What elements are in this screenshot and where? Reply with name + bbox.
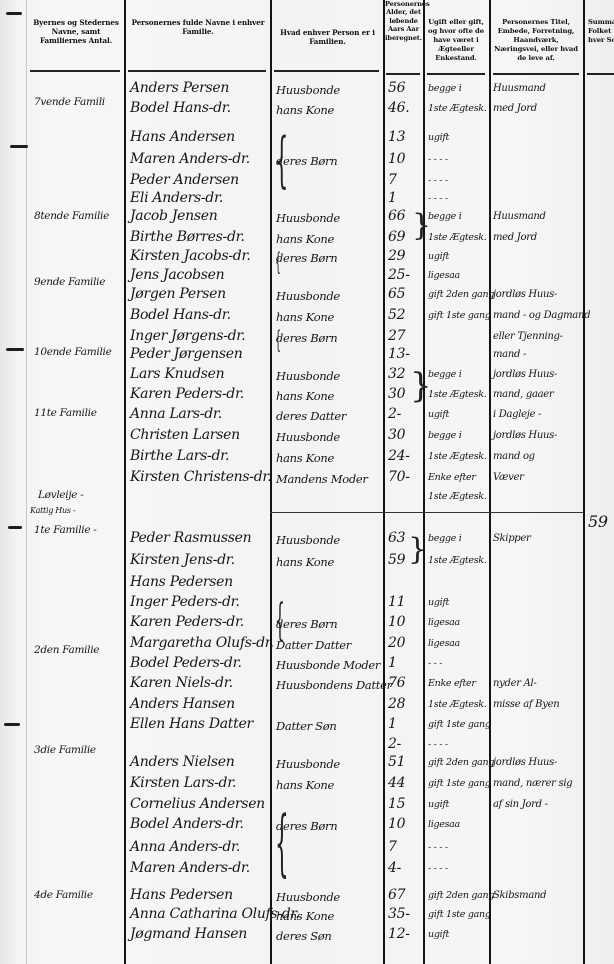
brace: {: [275, 248, 281, 276]
occupation-cell: nyder Al-: [493, 678, 536, 689]
occupation-cell: mand, gaaer: [493, 389, 553, 400]
name-cell: Anders Nielsen: [130, 754, 234, 770]
name-cell: Kirsten Jacobs-dr.: [130, 248, 250, 264]
name-cell: Inger Peders-dr.: [130, 594, 240, 610]
age-cell: 66: [388, 208, 405, 224]
status-cell: ugift: [428, 251, 449, 262]
relation-cell: hans Kone: [276, 778, 334, 792]
relation-cell: hans Kone: [276, 451, 334, 465]
status-cell: begge i: [428, 533, 461, 544]
status-cell: - - - -: [428, 739, 448, 750]
name-cell: Karen Niels-dr.: [130, 675, 233, 691]
name-cell: Birthe Børres-dr.: [130, 229, 245, 245]
relation-cell: deres Børn: [276, 331, 337, 345]
status-cell: 1ste Ægtesk.: [428, 389, 486, 400]
age-cell: 4-: [388, 860, 401, 876]
occupation-cell: med Jord: [493, 103, 537, 114]
age-cell: 30: [388, 427, 405, 443]
column-rule: [583, 0, 585, 964]
header-underline: [128, 70, 266, 72]
name-cell: Hans Andersen: [130, 129, 235, 145]
name-cell: Anna Lars-dr.: [130, 406, 222, 422]
name-cell: Anders Persen: [130, 80, 229, 96]
brace: {: [275, 595, 285, 646]
age-cell: 1: [388, 655, 397, 671]
brace: {: [275, 800, 289, 884]
age-cell: 13: [388, 129, 405, 145]
relation-cell: Huusbonde: [276, 289, 340, 303]
age-cell: 25-: [388, 267, 410, 283]
family-label: Løvleije -: [38, 489, 84, 501]
relation-cell: hans Kone: [276, 909, 334, 923]
relation-cell: hans Kone: [276, 389, 334, 403]
family-label: 3die Familie: [34, 744, 96, 756]
family-label: Kattig Hus -: [30, 506, 75, 515]
name-cell: Bodel Peders-dr.: [130, 655, 242, 671]
occupation-cell: Væver: [493, 472, 524, 483]
status-cell: gift 2den gang: [428, 289, 494, 300]
age-cell: 35-: [388, 906, 410, 922]
relation-cell: Huusbonde: [276, 430, 340, 444]
status-cell: 1ste Ægtesk.: [428, 699, 486, 710]
age-cell: 7: [388, 172, 397, 188]
header-place: Byernes og Stedernes Navne, samt Familie…: [30, 18, 122, 45]
age-cell: 59: [388, 552, 405, 568]
family-label: 11te Familie: [34, 407, 97, 419]
name-cell: Anna Catharina Olufs-dr.: [130, 906, 299, 922]
occupation-cell: mand, nærer sig: [493, 778, 572, 789]
status-cell: gift 1ste gang: [428, 778, 491, 789]
name-cell: Karen Peders-dr.: [130, 386, 244, 402]
age-cell: 69: [388, 229, 405, 245]
status-cell: begge i: [428, 369, 461, 380]
status-cell: gift 1ste gang: [428, 909, 491, 920]
header-underline: [427, 73, 485, 75]
name-cell: Eli Anders-dr.: [130, 190, 223, 206]
age-cell: 44: [388, 775, 405, 791]
status-cell: - - - -: [428, 175, 448, 186]
name-cell: Karen Peders-dr.: [130, 614, 244, 630]
age-cell: 1: [388, 190, 397, 206]
name-cell: Bodel Hans-dr.: [130, 307, 231, 323]
status-cell: - - -: [428, 658, 442, 669]
name-cell: Cornelius Andersen: [130, 796, 265, 812]
name-cell: Margaretha Olufs-dr.: [130, 635, 274, 651]
header-underline: [274, 70, 379, 72]
family-label: 4de Familie: [34, 889, 93, 901]
status-cell: ligesaa: [428, 270, 460, 281]
census-page: Byernes og Stedernes Navne, samt Familie…: [0, 0, 614, 964]
name-cell: Kirsten Lars-dr.: [130, 775, 236, 791]
relation-cell: hans Kone: [276, 310, 334, 324]
status-cell: ugift: [428, 799, 449, 810]
header-underline: [386, 73, 420, 75]
age-cell: 15: [388, 796, 405, 812]
age-cell: 46.: [388, 100, 409, 116]
occupation-cell: i Dagleje -: [493, 409, 541, 420]
name-cell: Kirsten Jens-dr.: [130, 552, 235, 568]
occupation-cell: eller Tjenning-: [493, 331, 563, 342]
brace: }: [410, 366, 432, 406]
relation-cell: Huusbonde: [276, 890, 340, 904]
relation-cell: Datter Datter: [276, 638, 351, 652]
age-cell: 1: [388, 716, 397, 732]
status-cell: ligesaa: [428, 638, 460, 649]
relation-cell: Huusbondens Datter: [276, 678, 392, 692]
relation-cell: Huusbonde: [276, 211, 340, 225]
age-cell: 2-: [388, 736, 401, 752]
age-cell: 2-: [388, 406, 401, 422]
occupation-cell: mand -: [493, 349, 526, 360]
status-cell: 1ste Ægtesk.: [428, 103, 486, 114]
header-status: Ugift eller gift, og hvor ofte de have v…: [425, 18, 487, 63]
age-cell: 12-: [388, 926, 410, 942]
name-cell: Jacob Jensen: [130, 208, 217, 224]
status-cell: 1ste Ægtesk.: [428, 491, 486, 502]
occupation-cell: Skibsmand: [493, 890, 546, 901]
status-cell: - - - -: [428, 193, 448, 204]
age-cell: 20: [388, 635, 405, 651]
age-cell: 70-: [388, 469, 410, 485]
age-cell: 32: [388, 366, 405, 382]
age-cell: 11: [388, 594, 405, 610]
name-cell: Jens Jacobsen: [130, 267, 224, 283]
family-label: 8tende Familie: [34, 210, 109, 222]
relation-cell: Huusbonde: [276, 369, 340, 383]
header-underline: [30, 70, 120, 72]
margin-mark: [6, 348, 24, 351]
occupation-cell: Huusmand: [493, 83, 546, 94]
occupation-cell: af sin Jord -: [493, 799, 548, 810]
occupation-cell: jordløs Huus-: [493, 289, 557, 300]
age-cell: 28: [388, 696, 405, 712]
family-label: 10ende Familie: [34, 346, 112, 358]
occupation-cell: med Jord: [493, 232, 537, 243]
name-cell: Hans Pedersen: [130, 574, 233, 590]
occupation-cell: jordløs Huus-: [493, 430, 557, 441]
age-cell: 67: [388, 887, 405, 903]
brace: {: [275, 130, 288, 190]
status-cell: gift 2den gang: [428, 757, 494, 768]
age-cell: 27: [388, 328, 405, 344]
column-rule: [489, 0, 491, 964]
occupation-cell: Huusmand: [493, 211, 546, 222]
header-age: Personernes Alder, det løbende Aars Aar …: [385, 0, 422, 42]
relation-cell: deres Søn: [276, 929, 332, 943]
age-cell: 29: [388, 248, 405, 264]
age-cell: 65: [388, 286, 405, 302]
status-cell: gift 2den gang: [428, 890, 494, 901]
relation-cell: deres Datter: [276, 409, 346, 423]
relation-cell: Huusbonde: [276, 533, 340, 547]
family-label: 9ende Familie: [34, 276, 105, 288]
relation-cell: Huusbonde: [276, 83, 340, 97]
section-divider: [270, 512, 583, 513]
name-cell: Peder Andersen: [130, 172, 239, 188]
status-cell: 1ste Ægtesk.: [428, 451, 486, 462]
name-cell: Maren Anders-dr.: [130, 151, 250, 167]
occupation-cell: Skipper: [493, 533, 531, 544]
age-cell: 13-: [388, 346, 410, 362]
age-cell: 51: [388, 754, 405, 770]
family-label: 7vende Famili: [34, 96, 105, 108]
relation-cell: hans Kone: [276, 555, 334, 569]
brace: }: [412, 208, 431, 243]
status-cell: ugift: [428, 132, 449, 143]
column-rule: [423, 0, 425, 964]
relation-cell: Huusbonde: [276, 757, 340, 771]
name-cell: Anders Hansen: [130, 696, 235, 712]
status-cell: begge i: [428, 83, 461, 94]
age-cell: 10: [388, 816, 405, 832]
header-name: Personernes fulde Navne i enhver Familie…: [128, 18, 268, 36]
name-cell: Peder Rasmussen: [130, 530, 251, 546]
relation-cell: Mandens Moder: [276, 472, 368, 486]
status-cell: - - - -: [428, 154, 448, 165]
status-cell: gift 1ste gang: [428, 719, 491, 730]
name-cell: Maren Anders-dr.: [130, 860, 250, 876]
age-cell: 76: [388, 675, 405, 691]
age-cell: 10: [388, 614, 405, 630]
status-cell: ligesaa: [428, 617, 460, 628]
margin-mark: [8, 526, 22, 529]
status-cell: ugift: [428, 597, 449, 608]
status-cell: ugift: [428, 929, 449, 940]
age-cell: 63: [388, 530, 405, 546]
occupation-cell: mand - og Dagmand: [493, 310, 590, 321]
age-cell: 7: [388, 839, 397, 855]
status-cell: begge i: [428, 430, 461, 441]
header-underline: [493, 73, 579, 75]
relation-cell: deres Børn: [276, 617, 337, 631]
name-cell: Kirsten Christens-dr.: [130, 469, 271, 485]
age-cell: 10: [388, 151, 405, 167]
header-underline: [587, 73, 614, 75]
occupation-cell: jordløs Huus-: [493, 757, 557, 768]
family-label: 1te Familie -: [34, 524, 97, 536]
brace: {: [275, 326, 281, 354]
name-cell: Peder Jørgensen: [130, 346, 242, 362]
status-cell: begge i: [428, 211, 461, 222]
brace: }: [408, 532, 427, 567]
header-relation: Hvad enhver Person er i Familien.: [274, 28, 381, 46]
margin-mark: [4, 723, 20, 726]
relation-cell: Datter Søn: [276, 719, 337, 733]
occupation-cell: mand og: [493, 451, 535, 462]
name-cell: Hans Pedersen: [130, 887, 233, 903]
name-cell: Lars Knudsen: [130, 366, 224, 382]
header-sum: Summa Folket hver Sogn: [588, 18, 614, 45]
status-cell: Enke efter: [428, 472, 476, 483]
relation-cell: Huusbonde Moder: [276, 658, 380, 672]
name-cell: Jøgmand Hansen: [130, 926, 247, 942]
status-cell: 1ste Ægtesk.: [428, 232, 486, 243]
age-cell: 56: [388, 80, 405, 96]
age-cell: 52: [388, 307, 405, 323]
name-cell: Jørgen Persen: [130, 286, 226, 302]
margin-mark: [10, 145, 28, 148]
name-cell: Bodel Anders-dr.: [130, 816, 244, 832]
sum-value: 59: [588, 512, 608, 531]
name-cell: Inger Jørgens-dr.: [130, 328, 245, 344]
column-rule: [383, 0, 385, 964]
margin-mark: [6, 12, 22, 15]
relation-cell: hans Kone: [276, 103, 334, 117]
status-cell: - - - -: [428, 863, 448, 874]
column-rule: [124, 0, 126, 964]
name-cell: Christen Larsen: [130, 427, 240, 443]
status-cell: Enke efter: [428, 678, 476, 689]
name-cell: Bodel Hans-dr.: [130, 100, 231, 116]
age-cell: 30: [388, 386, 405, 402]
name-cell: Anna Anders-dr.: [130, 839, 240, 855]
relation-cell: deres Børn: [276, 251, 337, 265]
occupation-cell: jordløs Huus-: [493, 369, 557, 380]
name-cell: Birthe Lars-dr.: [130, 448, 229, 464]
status-cell: - - - -: [428, 842, 448, 853]
relation-cell: hans Kone: [276, 232, 334, 246]
occupation-cell: misse af Byen: [493, 699, 559, 710]
status-cell: ligesaa: [428, 819, 460, 830]
status-cell: gift 1ste gang: [428, 310, 491, 321]
name-cell: Ellen Hans Datter: [130, 716, 253, 732]
family-label: 2den Familie: [34, 644, 99, 656]
header-occupation: Personernes Titel, Embede, Forretning, H…: [491, 18, 581, 63]
status-cell: ugift: [428, 409, 449, 420]
age-cell: 24-: [388, 448, 410, 464]
status-cell: 1ste Ægtesk.: [428, 555, 486, 566]
